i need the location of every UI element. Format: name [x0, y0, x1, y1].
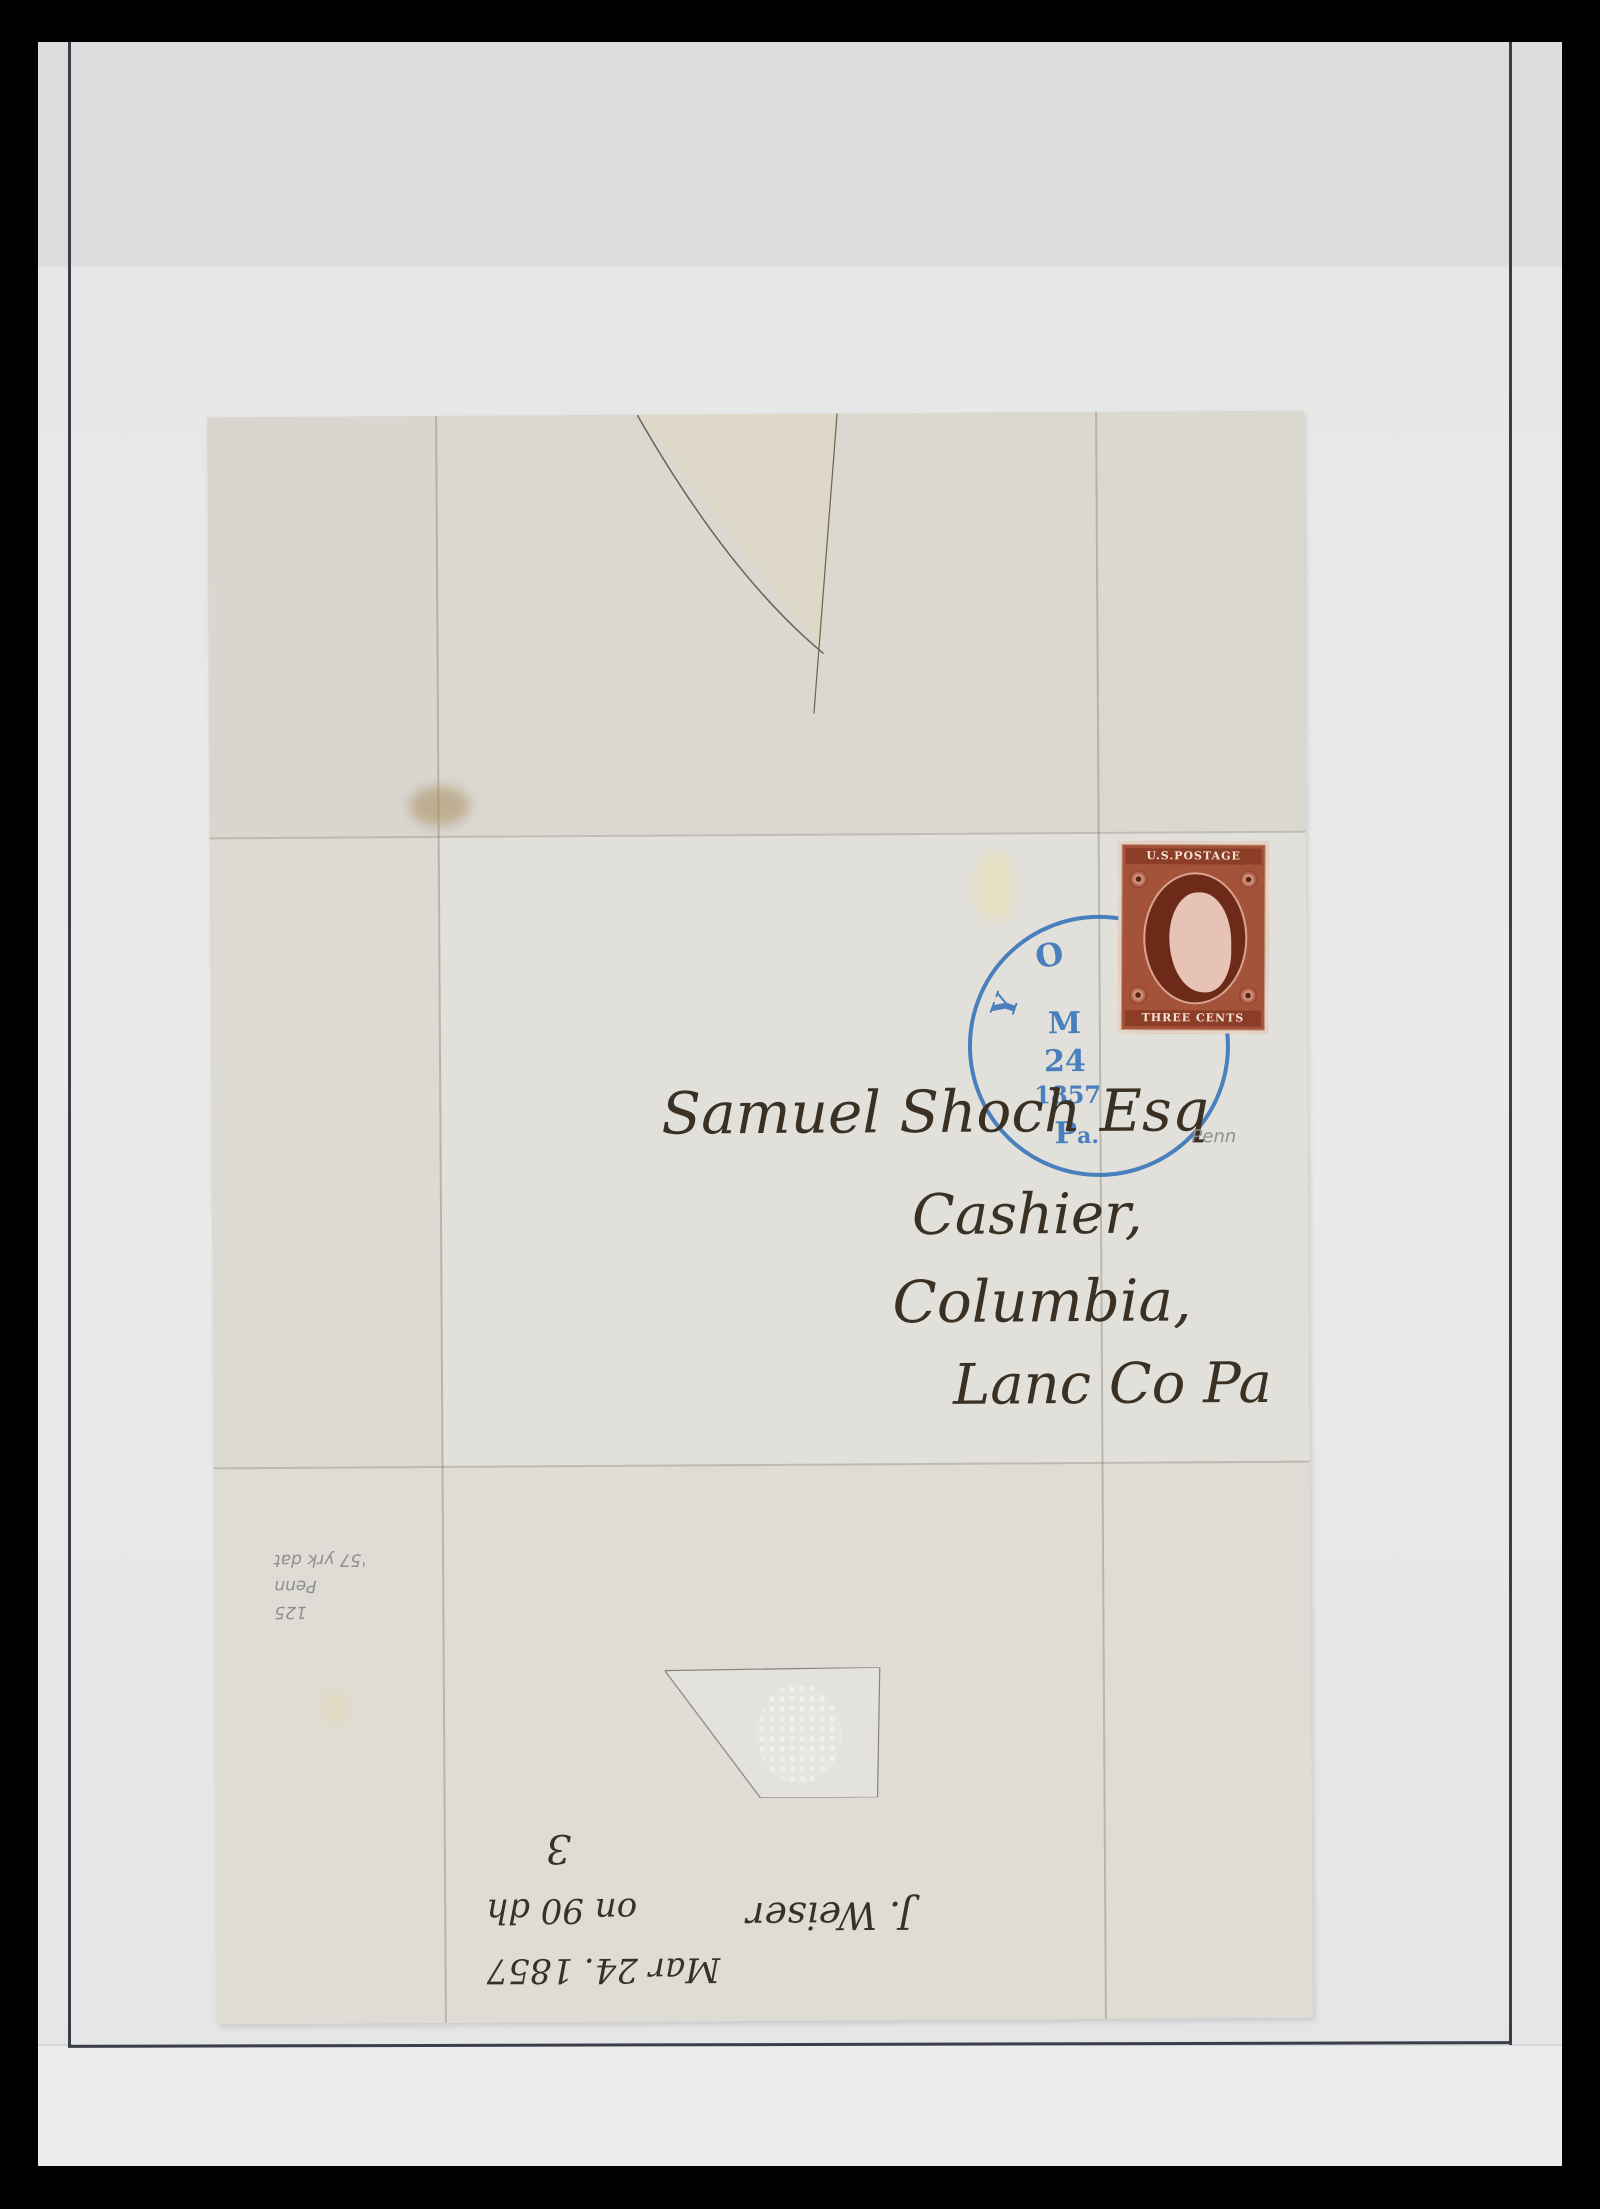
stamp-rosette-icon — [1239, 987, 1257, 1005]
embossed-wafer-seal — [757, 1684, 842, 1785]
cover-panel-top — [437, 411, 1310, 836]
flap-cut — [637, 413, 869, 714]
stamp-portrait-oval — [1143, 872, 1248, 1004]
postmark-letter: O — [1033, 937, 1066, 973]
album-frame-left-line — [68, 42, 71, 2045]
stamp-bottom-label: THREE CENTS — [1125, 1010, 1261, 1027]
paper-stain — [320, 1687, 350, 1727]
address-line-county: Lanc Co Pa — [953, 1351, 1272, 1418]
washington-portrait — [1169, 892, 1231, 992]
postmark-letter: Y — [986, 989, 1024, 1021]
pencil-note-line: 125 — [274, 1598, 366, 1625]
pencil-note-line: '57 yrk dat — [274, 1546, 366, 1573]
docket-terms: on 90 dh — [486, 1890, 637, 1931]
docket-signature: J. Weiser — [746, 1893, 913, 1938]
postmark-month: M — [1048, 1009, 1081, 1039]
folded-letter-cover: Y O M 24 1857 Pa. U.S.POSTAGE THREE CENT… — [207, 411, 1313, 2025]
sealing-wax-residue — [409, 786, 469, 826]
pencil-note-line: Penn — [274, 1572, 366, 1599]
pencil-note-state: Penn — [1191, 1126, 1236, 1147]
album-bottom-band — [38, 2044, 1562, 2166]
postmark-day: 24 — [1044, 1047, 1086, 1077]
pencil-note-upside-down: 125 Penn '57 yrk dat — [274, 1546, 366, 1625]
docket-date: Mar 24. 1857 — [486, 1949, 720, 1990]
stamp-rosette-icon — [1240, 871, 1258, 889]
address-line-town: Columbia, — [892, 1266, 1191, 1336]
docket-number: 3 — [546, 1825, 572, 1871]
stamp-rosette-icon — [1130, 870, 1148, 888]
stamp-top-label: U.S.POSTAGE — [1126, 848, 1262, 865]
album-frame-right-line — [1509, 42, 1512, 2045]
address-line-title: Cashier, — [912, 1182, 1143, 1248]
address-line-name: Samuel Shoch Esq — [661, 1076, 1209, 1147]
cover-panel-top-left — [207, 416, 440, 837]
stamp-rosette-icon — [1129, 986, 1147, 1004]
paper-stain — [975, 852, 1015, 922]
us-3-cent-stamp: U.S.POSTAGE THREE CENTS — [1118, 841, 1269, 1034]
